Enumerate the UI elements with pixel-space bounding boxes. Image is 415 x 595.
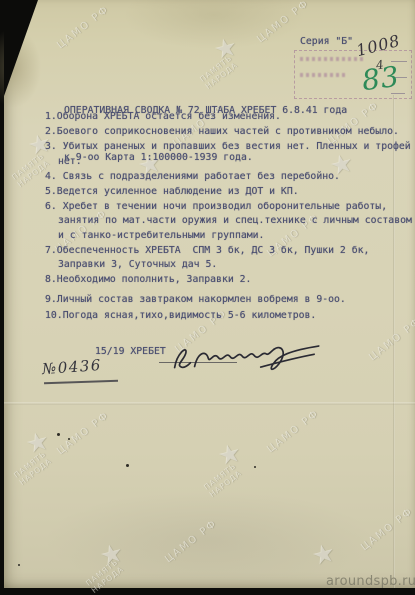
scan-corner-cut [4, 0, 38, 96]
report-item: 10.Погода ясная,тихо,видимость 5-6 килом… [45, 309, 412, 323]
star-watermark-icon: ★ [23, 426, 53, 461]
report-item-line: 7.Обеспеченность ХРЕБТА СПМ 3 бк, ДС 3 б… [45, 244, 412, 258]
paper-speck [57, 433, 60, 436]
signature-caption: 15/19 ХРЕБЕТ [95, 346, 166, 357]
report-title: ОПЕРАТИВНАЯ СВОДКА № 72 ШТАБА ХРЕБЕТ 6.8… [64, 72, 347, 196]
report-title-line2: к 9-оо Карта 1:100000-1939 года. [64, 150, 347, 166]
star-watermark-icon: ★ [211, 32, 241, 67]
report-item: 8.Необходимо пополнить, Заправки 2. [45, 273, 412, 287]
series-label: Серия "Б" [300, 36, 353, 47]
report-item-line: 10.Погода ясная,тихо,видимость 5-6 килом… [45, 309, 412, 323]
document-paper: ЦАМО РФ ЦАМО РФ ЦАМО РФ ЦАМО РФ ЦАМО РФ … [4, 0, 415, 588]
paper-speck [254, 466, 256, 468]
star-watermark-icon: ★ [97, 538, 127, 573]
site-credit-watermark: aroundspb.ru [326, 574, 415, 589]
report-item-line: 9.Личный состав завтраком накормлен вобр… [45, 293, 412, 307]
report-item: 7.Обеспеченность ХРЕБТА СПМ 3 бк, ДС 3 б… [45, 244, 412, 272]
report-item-line: 8.Необходимо пополнить, Заправки 2. [45, 273, 412, 287]
memory-watermark: ПАМЯТЬНАРОДА [85, 558, 126, 595]
paper-speck [126, 464, 129, 467]
report-item-line: Заправки 3, Суточных дач 5. [45, 258, 412, 272]
archive-watermark: ЦАМО РФ [163, 518, 219, 565]
report-item-line: 6. Хребет в течении ночи производил обор… [45, 200, 412, 214]
memory-watermark: ПАМЯТЬНАРОДА [203, 462, 244, 499]
star-watermark-icon: ★ [215, 438, 245, 473]
paper-crease-horizontal [4, 402, 415, 405]
registration-underline [44, 380, 118, 384]
paper-stain [124, 0, 304, 50]
archive-watermark: ЦАМО РФ [359, 506, 415, 553]
report-item: 6. Хребет в течении ночи производил обор… [45, 200, 412, 243]
archive-watermark: ЦАМО РФ [265, 408, 321, 455]
scanned-document-page: { "document": { "series_label": "Серия \… [0, 0, 415, 595]
report-title-line1: ОПЕРАТИВНАЯ СВОДКА № 72 ШТАБА ХРЕБЕТ 6.8… [64, 103, 347, 119]
report-item: 9.Личный состав завтраком накормлен вобр… [45, 293, 412, 307]
handwritten-signature [163, 324, 324, 384]
star-watermark-icon: ★ [309, 538, 339, 573]
archive-watermark: ЦАМО РФ [55, 4, 111, 51]
archive-watermark: ЦАМО РФ [55, 410, 111, 457]
report-item-line: занятия по мат.части оружия и спец.техни… [45, 214, 412, 228]
report-item-line: и с танко-истребительными группами. [45, 229, 412, 243]
stamp-faded-line [300, 57, 364, 61]
memory-watermark: ПАМЯТЬНАРОДА [13, 450, 54, 487]
registration-number: №0436 [41, 356, 102, 378]
paper-stain [44, 490, 374, 590]
paper-speck [18, 564, 20, 566]
handwritten-number-green: 83 [360, 60, 401, 97]
paper-speck [68, 438, 70, 440]
